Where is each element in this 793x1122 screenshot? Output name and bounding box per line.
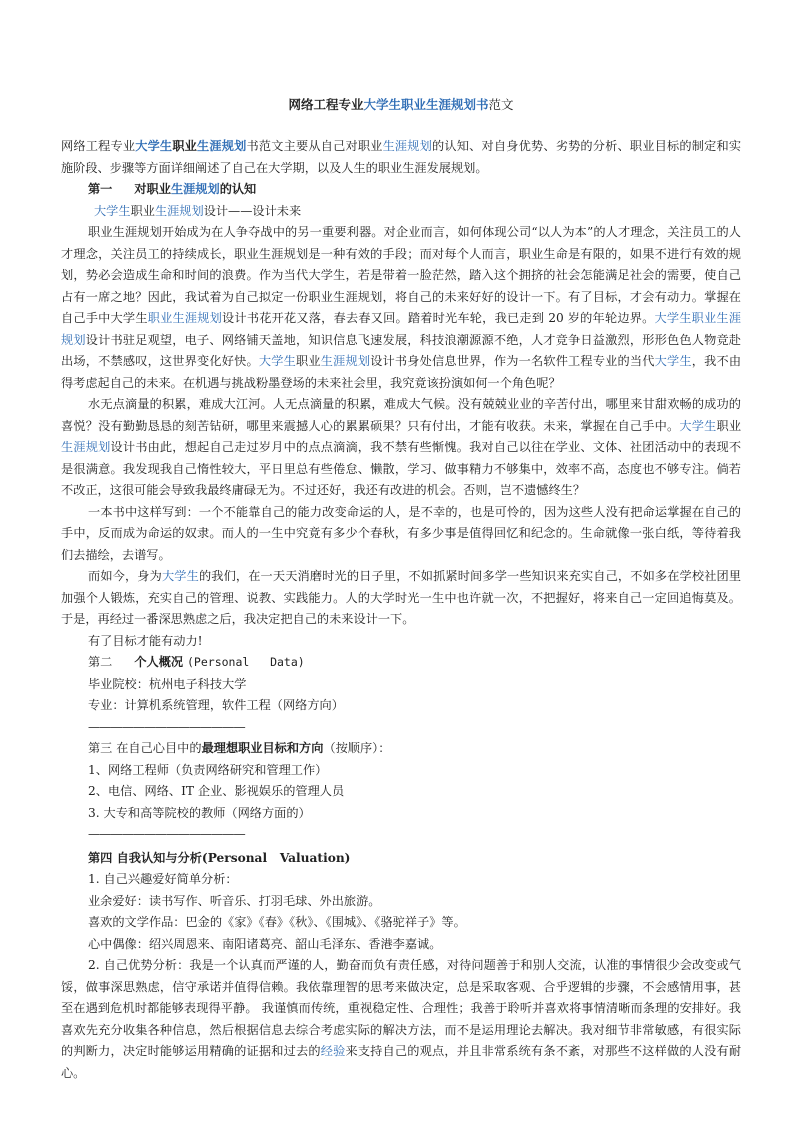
heading-text: 第三 在自己心目中的 bbox=[88, 741, 202, 755]
title-suffix: 范文 bbox=[489, 97, 514, 112]
section1-paragraph-2: 水无点滴量的积累，难成大江河。人无点滴量的积累，难成大气候。没有兢兢业业的辛苦付… bbox=[61, 394, 741, 502]
section2-heading: 第二个人概况 (Personal Data) bbox=[61, 652, 741, 674]
major-line: 专业：计算机系统管理，软件工程（网络方向） bbox=[61, 695, 741, 717]
literature-line: 喜欢的文学作品：巴金的《家》《春》《秋》、《围城》、《骆驼祥子》等。 bbox=[61, 912, 741, 934]
section1-heading: 第一对职业生涯规划的认知 bbox=[61, 179, 741, 201]
paragraph-text: 2. 自己优势分析：我是一个认真而严谨的人，勤奋而负有责任感，对待问题善于和别人… bbox=[61, 958, 741, 1058]
section1-paragraph-1: 职业生涯规划开始成为在人争夺战中的另一重要利器。对企业而言，如何体现公司“以人为… bbox=[61, 222, 741, 394]
strengths-paragraph: 2. 自己优势分析：我是一个认真而严谨的人，勤奋而负有责任感，对待问题善于和别人… bbox=[61, 955, 741, 1084]
goal-item-1: 1、网络工程师（负责网络研究和管理工作） bbox=[61, 760, 741, 782]
link-experience[interactable]: 经验 bbox=[321, 1044, 346, 1058]
paragraph-text: 职业 bbox=[716, 419, 741, 433]
subheading-text: 职业 bbox=[131, 204, 155, 218]
divider: —————————————— bbox=[61, 717, 741, 739]
interest-title: 1. 自己兴趣爱好简单分析： bbox=[61, 869, 741, 891]
section1-paragraph-3: 一本书中这样写到：一个不能靠自己的能力改变命运的人，是不幸的，也是可怜的，因为这… bbox=[61, 502, 741, 567]
paragraph-text: 设计书由此，想起自己走过岁月中的点点滴滴，我不禁有些惭愧。我对自己以往在学业、文… bbox=[61, 440, 741, 497]
link-daxuesheng[interactable]: 大学生 bbox=[259, 354, 296, 368]
motto-line: 有了目标才能有动力! bbox=[61, 631, 741, 653]
link-daxuesheng[interactable]: 大学生 bbox=[135, 139, 172, 153]
paragraph-text: 设计书身处信息世界，作为一名软件工程专业的当代 bbox=[370, 354, 654, 368]
section3-heading: 第三 在自己心目中的最理想职业目标和方向（按顺序）： bbox=[61, 738, 741, 760]
hobbies-line: 业余爱好：读书写作、听音乐、打羽毛球、外出旅游。 bbox=[61, 891, 741, 913]
link-career-planning[interactable]: 职业生涯规划 bbox=[148, 311, 222, 325]
link-daxuesheng[interactable]: 大学生 bbox=[162, 569, 199, 583]
link-shengyaguihua[interactable]: 生涯规划 bbox=[155, 204, 204, 218]
title-prefix: 网络工程专业 bbox=[288, 97, 363, 112]
section-number: 第一 bbox=[88, 182, 112, 196]
intro-text: 网络工程专业 bbox=[61, 139, 135, 153]
goal-item-3: 3. 大专和高等院校的教师（网络方面的） bbox=[61, 803, 741, 825]
link-shengyaguihua[interactable]: 生涯规划 bbox=[321, 354, 370, 368]
section4-heading: 第四 自我认知与分析(Personal Valuation) bbox=[61, 848, 741, 870]
intro-paragraph: 网络工程专业大学生职业生涯规划书范文主要从自己对职业生涯规划的认知、对自身优势、… bbox=[61, 136, 741, 179]
section-number: 第二 bbox=[88, 655, 112, 669]
paragraph-text: 职业生涯规划开始成为在人争夺战中的另一重要利器。对企业而言，如何体现公司“以人为… bbox=[61, 225, 741, 325]
intro-text-bold: 职业 bbox=[172, 139, 197, 153]
link-daxuesheng[interactable]: 大学生 bbox=[679, 419, 716, 433]
section1-subheading: 大学生职业生涯规划设计——设计未来 bbox=[61, 201, 741, 223]
heading-text: 的认知 bbox=[220, 182, 257, 196]
link-daxuesheng[interactable]: 大学生 bbox=[94, 204, 131, 218]
link-shengyaguihua[interactable]: 生涯规划 bbox=[197, 139, 246, 153]
heading-text: 个人概况 bbox=[134, 655, 183, 669]
idols-line: 心中偶像：绍兴周恩来、南阳诸葛亮、韶山毛泽东、香港李嘉诚。 bbox=[61, 934, 741, 956]
school-line: 毕业院校：杭州电子科技大学 bbox=[61, 674, 741, 696]
heading-english: (Personal Data) bbox=[187, 655, 305, 669]
section1-paragraph-4: 而如今，身为大学生的我们，在一天天消磨时光的日子里，不如抓紧时间多学一些知识来充… bbox=[61, 566, 741, 631]
paragraph-text: 而如今，身为 bbox=[88, 569, 162, 583]
goal-item-2: 2、电信、网络、IT 企业、影视娱乐的管理人员 bbox=[61, 781, 741, 803]
link-shengyaguihua[interactable]: 生涯规划 bbox=[171, 182, 220, 196]
link-shengyaguihua[interactable]: 生涯规划 bbox=[61, 440, 110, 454]
heading-text: （按顺序）： bbox=[323, 741, 390, 755]
heading-text-bold: 最理想职业目标和方向 bbox=[202, 741, 324, 755]
paragraph-text: 职业 bbox=[296, 354, 321, 368]
subheading-text: 设计——设计未来 bbox=[204, 204, 302, 218]
heading-text: 对职业 bbox=[134, 182, 171, 196]
intro-text: 书范文主要从自己对职业 bbox=[247, 139, 383, 153]
link-daxuesheng[interactable]: 大学生 bbox=[655, 354, 692, 368]
link-shengyaguihua[interactable]: 生涯规划 bbox=[383, 139, 432, 153]
document-body: 网络工程专业大学生职业生涯规划书范文主要从自己对职业生涯规划的认知、对自身优势、… bbox=[61, 136, 741, 1084]
divider: —————————————— bbox=[61, 824, 741, 846]
paragraph-text: 设计书花开花又落，春去春又回。踏着时光车轮，我已走到 20 岁的年轮边界。 bbox=[222, 311, 654, 325]
paragraph-text: 水无点滴量的积累，难成大江河。人无点滴量的积累，难成大气候。没有兢兢业业的辛苦付… bbox=[61, 397, 741, 433]
title-link[interactable]: 大学生职业生涯规划书 bbox=[363, 97, 488, 112]
document-title: 网络工程专业大学生职业生涯规划书范文 bbox=[61, 96, 741, 114]
